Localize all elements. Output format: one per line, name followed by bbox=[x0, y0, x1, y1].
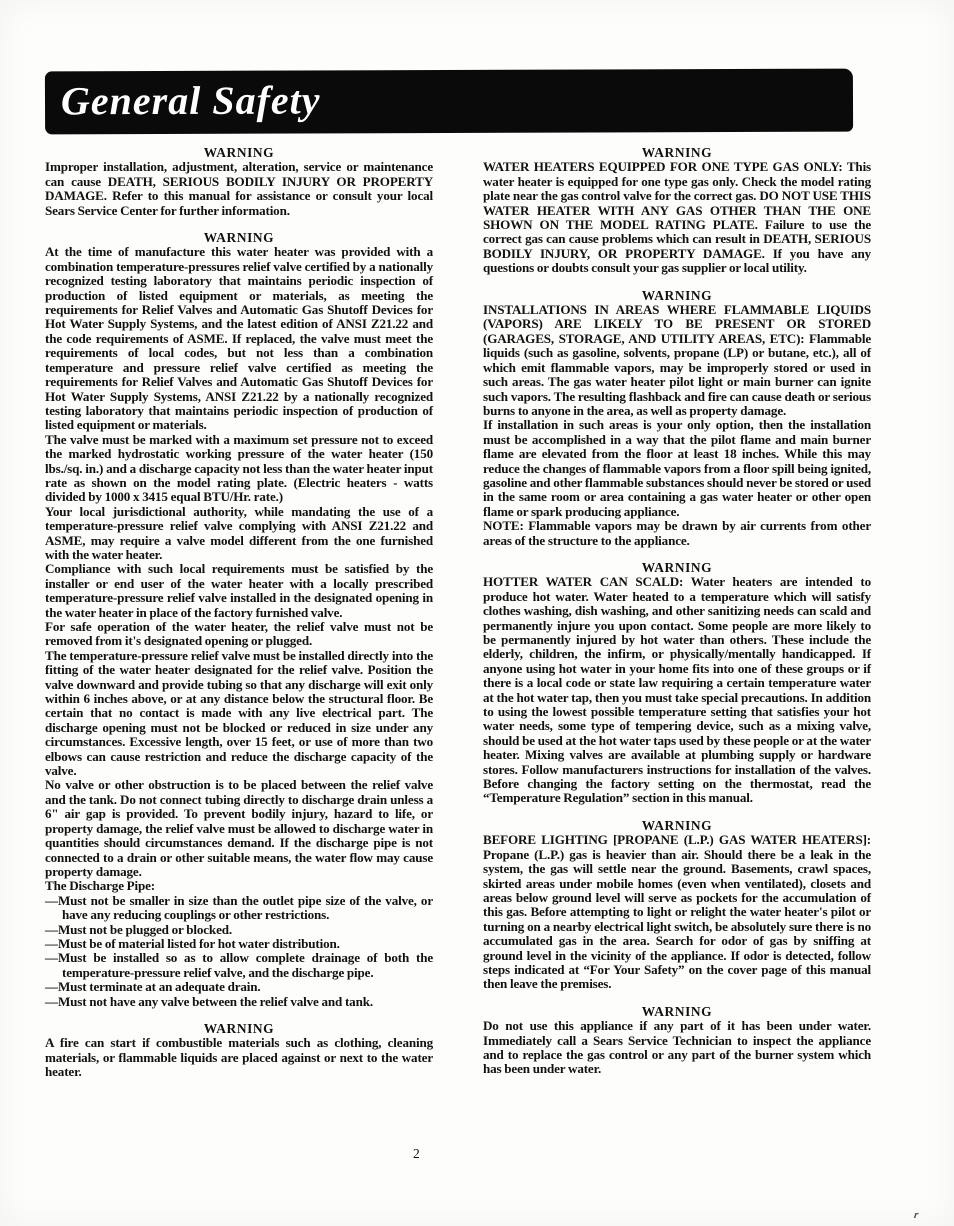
warning-section: WARNING INSTALLATIONS IN AREAS WHERE FLA… bbox=[483, 289, 871, 548]
warning-section: WARNING WATER HEATERS EQUIPPED FOR ONE T… bbox=[483, 146, 871, 276]
warning-heading: WARNING bbox=[45, 231, 433, 245]
warning-section: WARNING Do not use this appliance if any… bbox=[483, 1005, 871, 1077]
paragraph: If installation in such areas is your on… bbox=[483, 418, 871, 519]
paragraph: Improper installation, adjustment, alter… bbox=[45, 160, 433, 218]
paragraph: BEFORE LIGHTING [PROPANE (L.P.) GAS WATE… bbox=[483, 833, 871, 991]
scan-artifact: r bbox=[913, 1209, 919, 1221]
paragraph: WATER HEATERS EQUIPPED FOR ONE TYPE GAS … bbox=[483, 160, 871, 275]
list-item: —Must not be smaller in size than the ou… bbox=[45, 894, 433, 923]
right-column: WARNING WATER HEATERS EQUIPPED FOR ONE T… bbox=[483, 146, 871, 1080]
paragraph: Compliance with such local requirements … bbox=[45, 562, 433, 620]
warning-heading: WARNING bbox=[483, 819, 871, 833]
paragraph: Do not use this appliance if any part of… bbox=[483, 1019, 871, 1077]
warning-heading: WARNING bbox=[45, 146, 433, 160]
list-item: —Must be installed so as to allow comple… bbox=[45, 951, 433, 980]
warning-heading: WARNING bbox=[483, 146, 871, 160]
paragraph: The Discharge Pipe: bbox=[45, 879, 433, 893]
list-item: —Must be of material listed for hot wate… bbox=[45, 937, 433, 951]
list-item: —Must not have any valve between the rel… bbox=[45, 995, 433, 1009]
warning-heading: WARNING bbox=[483, 1005, 871, 1019]
paragraph: At the time of manufacture this water he… bbox=[45, 245, 433, 432]
paragraph: A fire can start if combustible material… bbox=[45, 1036, 433, 1079]
paragraph: No valve or other obstruction is to be p… bbox=[45, 778, 433, 879]
left-column: WARNING Improper installation, adjustmen… bbox=[45, 146, 433, 1080]
warning-section: WARNING HOTTER WATER CAN SCALD: Water he… bbox=[483, 561, 871, 806]
paragraph: NOTE: Flammable vapors may be drawn by a… bbox=[483, 519, 871, 548]
warning-section: WARNING A fire can start if combustible … bbox=[45, 1022, 433, 1080]
list-item: —Must not be plugged or blocked. bbox=[45, 923, 433, 937]
section-title-banner: General Safety bbox=[45, 69, 853, 135]
warning-section: WARNING BEFORE LIGHTING [PROPANE (L.P.) … bbox=[483, 819, 871, 992]
manual-page: General Safety WARNING Improper installa… bbox=[0, 0, 954, 1226]
paragraph: HOTTER WATER CAN SCALD: Water heaters ar… bbox=[483, 575, 871, 806]
page-number: 2 bbox=[413, 1146, 420, 1162]
warning-heading: WARNING bbox=[45, 1022, 433, 1036]
paragraph: The valve must be marked with a maximum … bbox=[45, 433, 433, 505]
paragraph: Your local jurisdictional authority, whi… bbox=[45, 505, 433, 563]
paragraph: INSTALLATIONS IN AREAS WHERE FLAMMABLE L… bbox=[483, 303, 871, 418]
warning-heading: WARNING bbox=[483, 289, 871, 303]
warning-heading: WARNING bbox=[483, 561, 871, 575]
two-column-layout: WARNING Improper installation, adjustmen… bbox=[45, 146, 871, 1080]
paragraph: For safe operation of the water heater, … bbox=[45, 620, 433, 649]
warning-section: WARNING Improper installation, adjustmen… bbox=[45, 146, 433, 218]
warning-section: WARNING At the time of manufacture this … bbox=[45, 231, 433, 1009]
paragraph: The temperature-pressure relief valve mu… bbox=[45, 649, 433, 779]
list-item: —Must terminate at an adequate drain. bbox=[45, 980, 433, 994]
page-title: General Safety bbox=[45, 76, 321, 128]
